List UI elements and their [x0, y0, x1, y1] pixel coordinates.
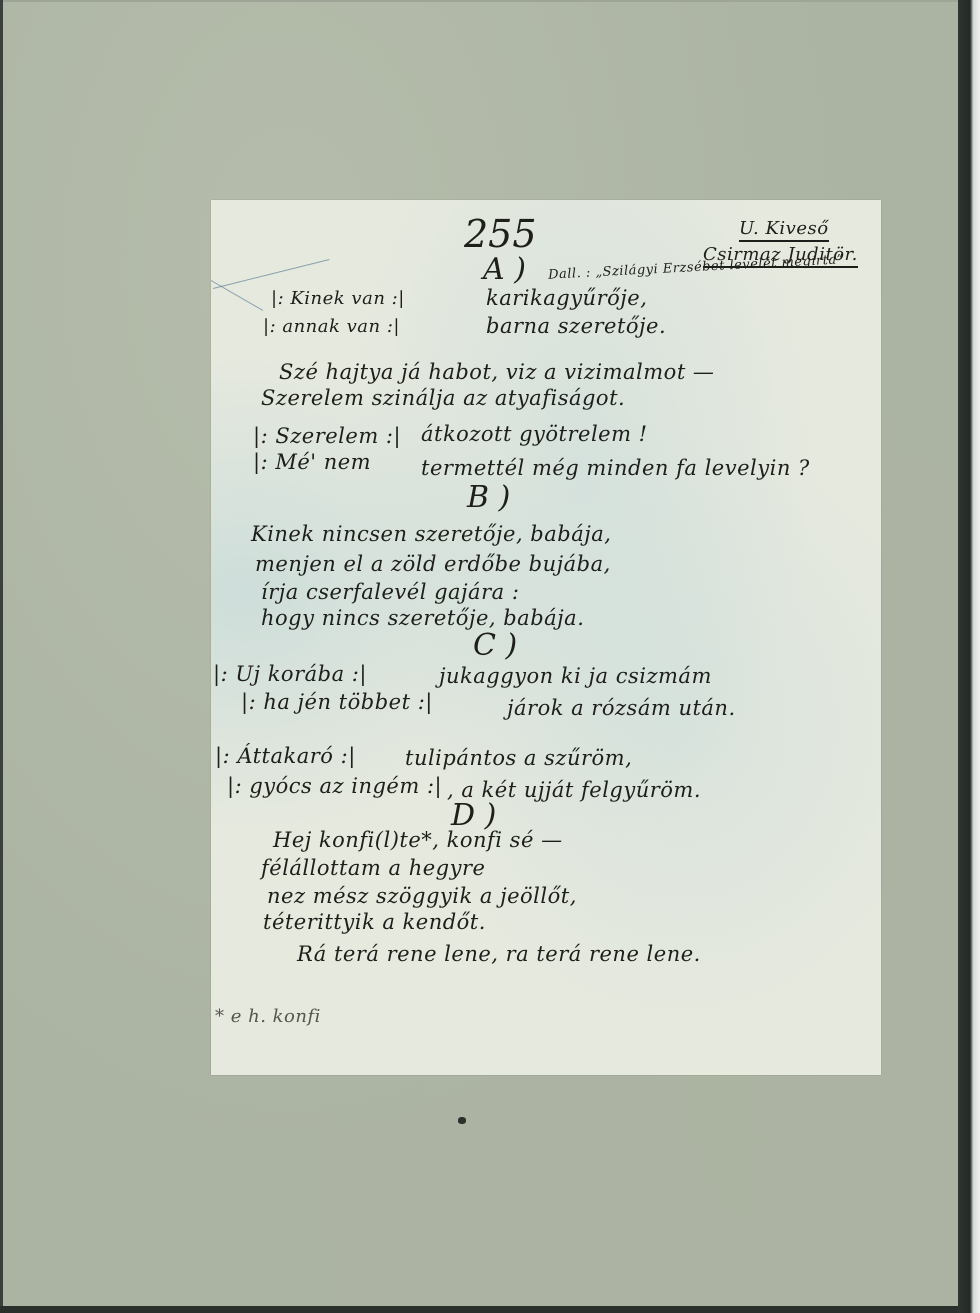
song-line-right: tulipántos a szűröm,: [405, 746, 632, 770]
song-line: nez mész szöggyik a jeöllőt,: [267, 884, 577, 908]
board-edge-left: [0, 0, 3, 1313]
song-line-left: |: Kinek van :|: [271, 288, 405, 309]
song-line-left: |: Áttakaró :|: [215, 744, 356, 768]
section-label-a: A ): [483, 252, 526, 287]
board-edge-right: [958, 0, 980, 1313]
song-line-right: karikagyűrője,: [486, 286, 647, 310]
ink-speck: [458, 1117, 466, 1124]
song-line: Szerelem szinálja az atyafiságot.: [261, 386, 625, 410]
song-line-left: |: ha jén többet :|: [241, 690, 433, 714]
melody-note: Dall. : „Szilágyi Erzsébet levelét megír…: [548, 252, 844, 282]
song-line: írja cserfalevél gajára :: [261, 580, 519, 604]
song-line-left: |: gyócs az ingém :|: [227, 774, 442, 798]
stray-pen-line: [213, 259, 330, 289]
manuscript-sheet: 255 U. Kiveső Csirmaz Juditör. A ) Dall.…: [211, 200, 881, 1075]
song-line: Kinek nincsen szeretője, babája,: [251, 522, 611, 546]
song-line-right: jukaggyon ki ja csizmám: [439, 664, 712, 688]
song-line: Hej konfi(l)te*, konfi sé —: [273, 828, 563, 852]
song-line-right: átkozott gyötrelem !: [421, 422, 648, 446]
song-line: Rá terá rene lene, ra terá rene lene.: [297, 942, 701, 966]
footnote: * e h. konfi: [215, 1006, 321, 1027]
page-number: 255: [464, 212, 537, 256]
song-line-right: járok a rózsám után.: [507, 696, 736, 720]
song-line-right: termettél még minden fa levelyin ?: [421, 456, 810, 480]
song-line-right: barna szeretője.: [486, 314, 666, 338]
song-line-left: |: Szerelem :|: [253, 424, 401, 448]
song-line: hogy nincs szeretője, babája.: [261, 606, 584, 630]
song-line: félállottam a hegyre: [261, 856, 485, 880]
song-line-left: |: Uj korába :|: [213, 662, 367, 686]
stray-pen-line: [211, 280, 263, 311]
song-line: menjen el a zöld erdőbe bujába,: [255, 552, 611, 576]
section-label-c: C ): [473, 628, 517, 663]
song-line-left: |: annak van :|: [263, 316, 400, 337]
song-line: téterittyik a kendőt.: [263, 910, 486, 934]
header-place: U. Kiveső: [739, 218, 829, 242]
board-edge-bottom: [0, 1306, 958, 1313]
section-label-b: B ): [467, 480, 510, 515]
song-line: Szé hajtya já habot, viz a vizimalmot —: [279, 360, 714, 384]
song-line-left: |: Mé' nem: [253, 450, 371, 474]
